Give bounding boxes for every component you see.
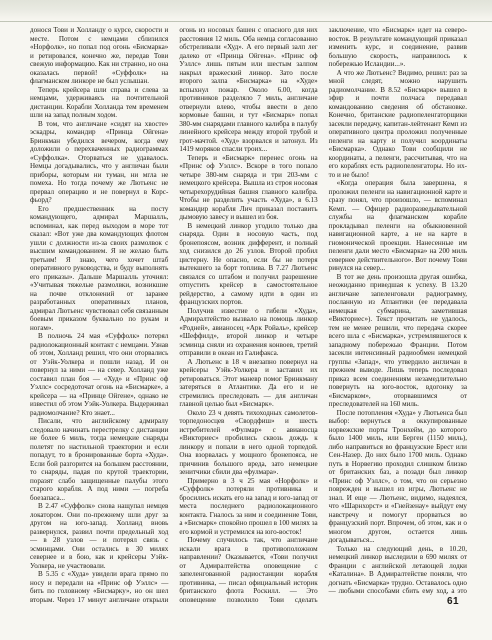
paragraph: А Лютьенс в 18 ч внезапно повернул на кр… [179,358,317,409]
page-number: 61 [447,596,459,607]
paragraph: В 2.47 «Суффолк» снова нащупал немцев ло… [30,502,168,570]
paragraph: После потопления «Худа» у Лютьенса был в… [329,409,467,545]
scan-edge-shadow [0,0,492,22]
paragraph: Примерно в 3 ч 25 мая «Норфолк» и «Суффо… [179,477,317,537]
paragraph: В немецкий линкор угодило только два сна… [179,222,317,307]
paragraph: Теперь и «Бисмарк» перенес огонь на «При… [179,154,317,222]
paragraph: А что же Лютьенс? Видимо, решил: раз за … [329,69,467,180]
paragraph: Около 23 ч девять тихоходных самолетов-т… [179,409,317,477]
paragraph: В том, что англичане «сидят на хвосте» э… [30,120,168,205]
book-page: донося Тови и Холланду о курсе, скорости… [0,0,492,640]
paragraph: В полночь 24 мая «Суффолк» потерял радио… [30,332,168,417]
paragraph: Теперь крейсера шли справа и слева за не… [30,86,168,120]
paragraph: донося Тови и Холланду о курсе, скорости… [30,26,168,86]
article-text: донося Тови и Холланду о курсе, скорости… [30,26,467,606]
paragraph: «Когда операция была завершена, я пролож… [329,179,467,273]
paragraph: Его предшественник на посту командующего… [30,205,168,333]
paragraph: Получив известие о гибели «Худа», Адмира… [179,307,317,358]
paragraph: В тот же день произошла другая ошибка, н… [329,273,467,409]
paragraph: Писали, что английскому адмиралу следова… [30,417,168,502]
